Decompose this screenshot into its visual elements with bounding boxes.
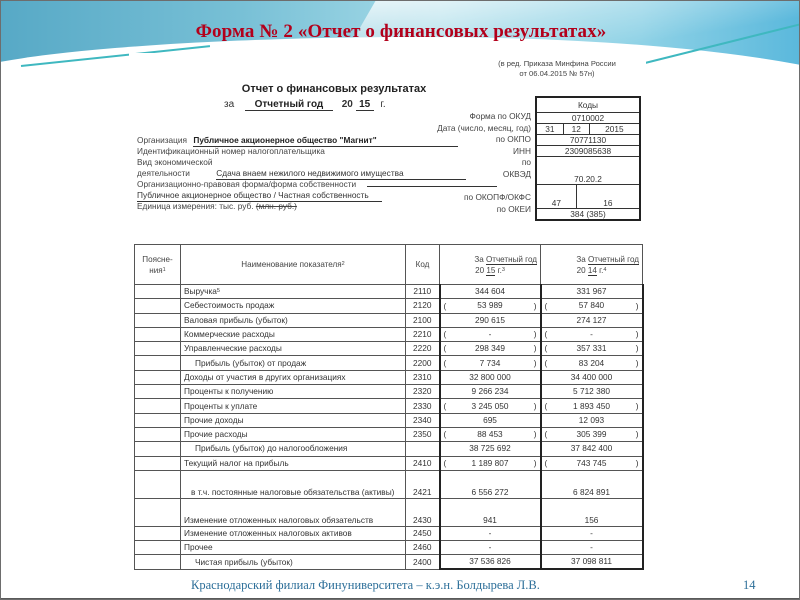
current-period-value: 53 989() xyxy=(440,299,541,313)
indicator-code: 2460 xyxy=(406,541,440,555)
indicator-name: в т.ч. постоянные налоговые обязательств… xyxy=(181,470,406,498)
notes-cell xyxy=(135,427,181,441)
table-row: Прибыль (убыток) до налогообложения38 72… xyxy=(135,442,643,456)
indicator-name: Проценты к уплате xyxy=(181,399,406,413)
okfs-code: 16 xyxy=(576,184,640,208)
indicator-name: Коммерческие расходы xyxy=(181,327,406,341)
table-row: Прочее2460-- xyxy=(135,541,643,555)
indicator-name: Прибыль (убыток) от продаж xyxy=(181,356,406,370)
current-period-value: 344 604 xyxy=(440,285,541,299)
okud-label: Форма по ОКУД xyxy=(419,111,531,123)
notes-cell xyxy=(135,370,181,384)
table-row: Проценты к уплате23303 245 050()1 893 45… xyxy=(135,399,643,413)
prior-period-value: 83 204() xyxy=(541,356,643,370)
notes-cell xyxy=(135,555,181,569)
indicator-code xyxy=(406,442,440,456)
name-header: Наименование показателя2 xyxy=(181,245,406,285)
indicator-name: Себестоимость продаж xyxy=(181,299,406,313)
indicator-code: 2430 xyxy=(406,498,440,526)
current-period-value: 7 734() xyxy=(440,356,541,370)
notes-header: Поясне-ния1 xyxy=(135,245,181,285)
current-period-value: 941 xyxy=(440,498,541,526)
legal-form-row: Публичное акционерное общество / Частная… xyxy=(137,190,537,201)
current-period-value: 9 266 234 xyxy=(440,385,541,399)
indicator-code: 2110 xyxy=(406,285,440,299)
year-value: 15 xyxy=(356,99,374,111)
notes-cell xyxy=(135,299,181,313)
table-row: Прочие расходы235088 453()305 399() xyxy=(135,427,643,441)
current-period-value: 88 453() xyxy=(440,427,541,441)
notes-cell xyxy=(135,456,181,470)
activity-label: деятельности xyxy=(137,168,190,178)
table-row: Прибыль (убыток) от продаж22007 734()83 … xyxy=(135,356,643,370)
slide-title: Форма № 2 «Отчет о финансовых результата… xyxy=(141,21,661,43)
year-prefix: 20 xyxy=(342,99,353,110)
indicator-code: 2200 xyxy=(406,356,440,370)
indicator-name: Текущий налог на прибыль xyxy=(181,456,406,470)
inn-row: Идентификационный номер налогоплательщик… xyxy=(137,146,537,157)
prior-period-value: 305 399() xyxy=(541,427,643,441)
indicator-code: 2350 xyxy=(406,427,440,441)
indicator-name: Проценты к получению xyxy=(181,385,406,399)
codes-header: Коды xyxy=(536,97,640,112)
activity-row: деятельности Сдача внаем нежилого недвиж… xyxy=(137,168,537,179)
okved-code: 70.20.2 xyxy=(536,156,640,184)
prior-period-value: 34 400 000 xyxy=(541,370,643,384)
okopf-code: 47 xyxy=(536,184,576,208)
table-row: Себестоимость продаж212053 989()57 840() xyxy=(135,299,643,313)
year-suffix: г. xyxy=(380,99,385,110)
inn-text-label: Идентификационный номер налогоплательщик… xyxy=(137,146,325,156)
table-row: Коммерческие расходы2210-()-() xyxy=(135,327,643,341)
indicator-name: Доходы от участия в других организациях xyxy=(181,370,406,384)
prior-period-value: 743 745() xyxy=(541,456,643,470)
current-period-value: - xyxy=(440,541,541,555)
indicator-name: Прочее xyxy=(181,541,406,555)
table-row: Проценты к получению23209 266 2345 712 3… xyxy=(135,385,643,399)
legal-form-blank xyxy=(367,186,497,187)
table-row: Прочие доходы234069512 093 xyxy=(135,413,643,427)
table-row: Управленческие расходы2220298 349()357 3… xyxy=(135,342,643,356)
organization-info: Организация Публичное акционерное общест… xyxy=(137,135,537,212)
current-period-value: 298 349() xyxy=(440,342,541,356)
notes-cell xyxy=(135,470,181,498)
okei-code: 384 (385) xyxy=(536,208,640,220)
org-row: Организация Публичное акционерное общест… xyxy=(137,135,537,146)
current-period-value: 290 615 xyxy=(440,313,541,327)
indicator-code: 2120 xyxy=(406,299,440,313)
indicator-code: 2210 xyxy=(406,327,440,341)
indicator-name: Прочие доходы xyxy=(181,413,406,427)
notes-cell xyxy=(135,526,181,540)
slide: Форма № 2 «Отчет о финансовых результата… xyxy=(0,0,800,600)
report-period: за Отчетный год 20 15 г. xyxy=(224,99,386,111)
activity-row: Вид экономической xyxy=(137,157,537,168)
prior-period-value: 1 893 450() xyxy=(541,399,643,413)
notes-cell xyxy=(135,327,181,341)
current-period-value: 32 800 000 xyxy=(440,370,541,384)
prior-period-value: 357 331() xyxy=(541,342,643,356)
slide-footer: Краснодарский филиал Финуниверситета – к… xyxy=(191,578,540,593)
notes-cell xyxy=(135,385,181,399)
edition-note-line: от 06.04.2015 № 57н) xyxy=(467,69,647,79)
notes-cell xyxy=(135,356,181,370)
notes-cell xyxy=(135,399,181,413)
prior-period-value: -() xyxy=(541,327,643,341)
prior-period-value: 5 712 380 xyxy=(541,385,643,399)
table-row: Выручка52110344 604331 967 xyxy=(135,285,643,299)
prior-period-value: 6 824 891 xyxy=(541,470,643,498)
financial-results-form: (в ред. Приказа Минфина России от 06.04.… xyxy=(129,53,646,576)
current-period-header: За Отчетный год 20 15 г.3 xyxy=(440,245,541,285)
indicator-code: 2100 xyxy=(406,313,440,327)
table-row: Текущий налог на прибыль24101 189 807()7… xyxy=(135,456,643,470)
financial-results-table: Поясне-ния1 Наименование показателя2 Код… xyxy=(134,244,644,570)
edition-note: (в ред. Приказа Минфина России от 06.04.… xyxy=(467,59,647,79)
table-row: Валовая прибыль (убыток)2100290 615274 1… xyxy=(135,313,643,327)
table-header-row: Поясне-ния1 Наименование показателя2 Код… xyxy=(135,245,643,285)
indicator-name: Изменение отложенных налоговых обязатель… xyxy=(181,498,406,526)
indicator-name: Прибыль (убыток) до налогообложения xyxy=(181,442,406,456)
unit-struck: (млн. руб.) xyxy=(256,201,297,211)
code-header: Код xyxy=(406,245,440,285)
prior-period-value: 331 967 xyxy=(541,285,643,299)
table-body: Выручка52110344 604331 967Себестоимость … xyxy=(135,285,643,570)
activity-label: Вид экономической xyxy=(137,157,212,167)
prior-period-value: 57 840() xyxy=(541,299,643,313)
table-row: в т.ч. постоянные налоговые обязательств… xyxy=(135,470,643,498)
current-period-value: -() xyxy=(440,327,541,341)
period-value: Отчетный год xyxy=(245,99,333,111)
notes-cell xyxy=(135,498,181,526)
table-row: Доходы от участия в других организациях2… xyxy=(135,370,643,384)
current-period-value: 37 536 826 xyxy=(440,555,541,569)
prior-period-value: 274 127 xyxy=(541,313,643,327)
table-row: Изменение отложенных налоговых обязатель… xyxy=(135,498,643,526)
indicator-name: Выручка5 xyxy=(181,285,406,299)
prior-period-value: 37 842 400 xyxy=(541,442,643,456)
edition-note-line: (в ред. Приказа Минфина России xyxy=(467,59,647,69)
notes-cell xyxy=(135,285,181,299)
notes-cell xyxy=(135,413,181,427)
table-row: Чистая прибыль (убыток)240037 536 82637 … xyxy=(135,555,643,569)
indicator-code: 2450 xyxy=(406,526,440,540)
report-title: Отчет о финансовых результатах xyxy=(189,83,479,95)
indicator-name: Управленческие расходы xyxy=(181,342,406,356)
prior-period-value: 156 xyxy=(541,498,643,526)
indicator-code: 2220 xyxy=(406,342,440,356)
current-period-value: 695 xyxy=(440,413,541,427)
indicator-code: 2410 xyxy=(406,456,440,470)
date-label: Дата (число, месяц, год) xyxy=(419,123,531,135)
indicator-name: Чистая прибыль (убыток) xyxy=(181,555,406,569)
codes-table: Коды 0710002 31 12 2015 70771130 2309085… xyxy=(535,96,641,221)
indicator-code: 2310 xyxy=(406,370,440,384)
unit-label: Единица измерения: тыс. руб. xyxy=(137,201,254,211)
indicator-code: 2320 xyxy=(406,385,440,399)
current-period-value: - xyxy=(440,526,541,540)
notes-cell xyxy=(135,313,181,327)
prior-period-value: - xyxy=(541,541,643,555)
table-row: Изменение отложенных налоговых активов24… xyxy=(135,526,643,540)
date-day: 31 xyxy=(536,123,563,134)
indicator-code: 2400 xyxy=(406,555,440,569)
unit-row: Единица измерения: тыс. руб. (млн. руб.) xyxy=(137,201,537,212)
indicator-name: Изменение отложенных налоговых активов xyxy=(181,526,406,540)
page-number: 14 xyxy=(743,578,756,593)
date-month: 12 xyxy=(563,123,589,134)
indicator-code: 2330 xyxy=(406,399,440,413)
okpo-code: 70771130 xyxy=(536,134,640,145)
inn-code: 2309085638 xyxy=(536,145,640,156)
indicator-code: 2340 xyxy=(406,413,440,427)
notes-cell xyxy=(135,541,181,555)
indicator-name: Валовая прибыль (убыток) xyxy=(181,313,406,327)
current-period-value: 3 245 050() xyxy=(440,399,541,413)
prior-period-value: 12 093 xyxy=(541,413,643,427)
date-year: 2015 xyxy=(589,123,640,134)
prior-period-header: За Отчетный год 20 14 г.4 xyxy=(541,245,643,285)
legal-form-row: Организационно-правовая форма/форма собс… xyxy=(137,179,537,190)
indicator-name: Прочие расходы xyxy=(181,427,406,441)
indicator-code: 2421 xyxy=(406,470,440,498)
notes-cell xyxy=(135,342,181,356)
current-period-value: 1 189 807() xyxy=(440,456,541,470)
period-prefix: за xyxy=(224,99,234,110)
notes-cell xyxy=(135,442,181,456)
current-period-value: 38 725 692 xyxy=(440,442,541,456)
org-label: Организация xyxy=(137,135,187,145)
current-period-value: 6 556 272 xyxy=(440,470,541,498)
okud-code: 0710002 xyxy=(536,112,640,123)
legal-form-label: Организационно-правовая форма/форма собс… xyxy=(137,179,356,189)
prior-period-value: 37 098 811 xyxy=(541,555,643,569)
prior-period-value: - xyxy=(541,526,643,540)
